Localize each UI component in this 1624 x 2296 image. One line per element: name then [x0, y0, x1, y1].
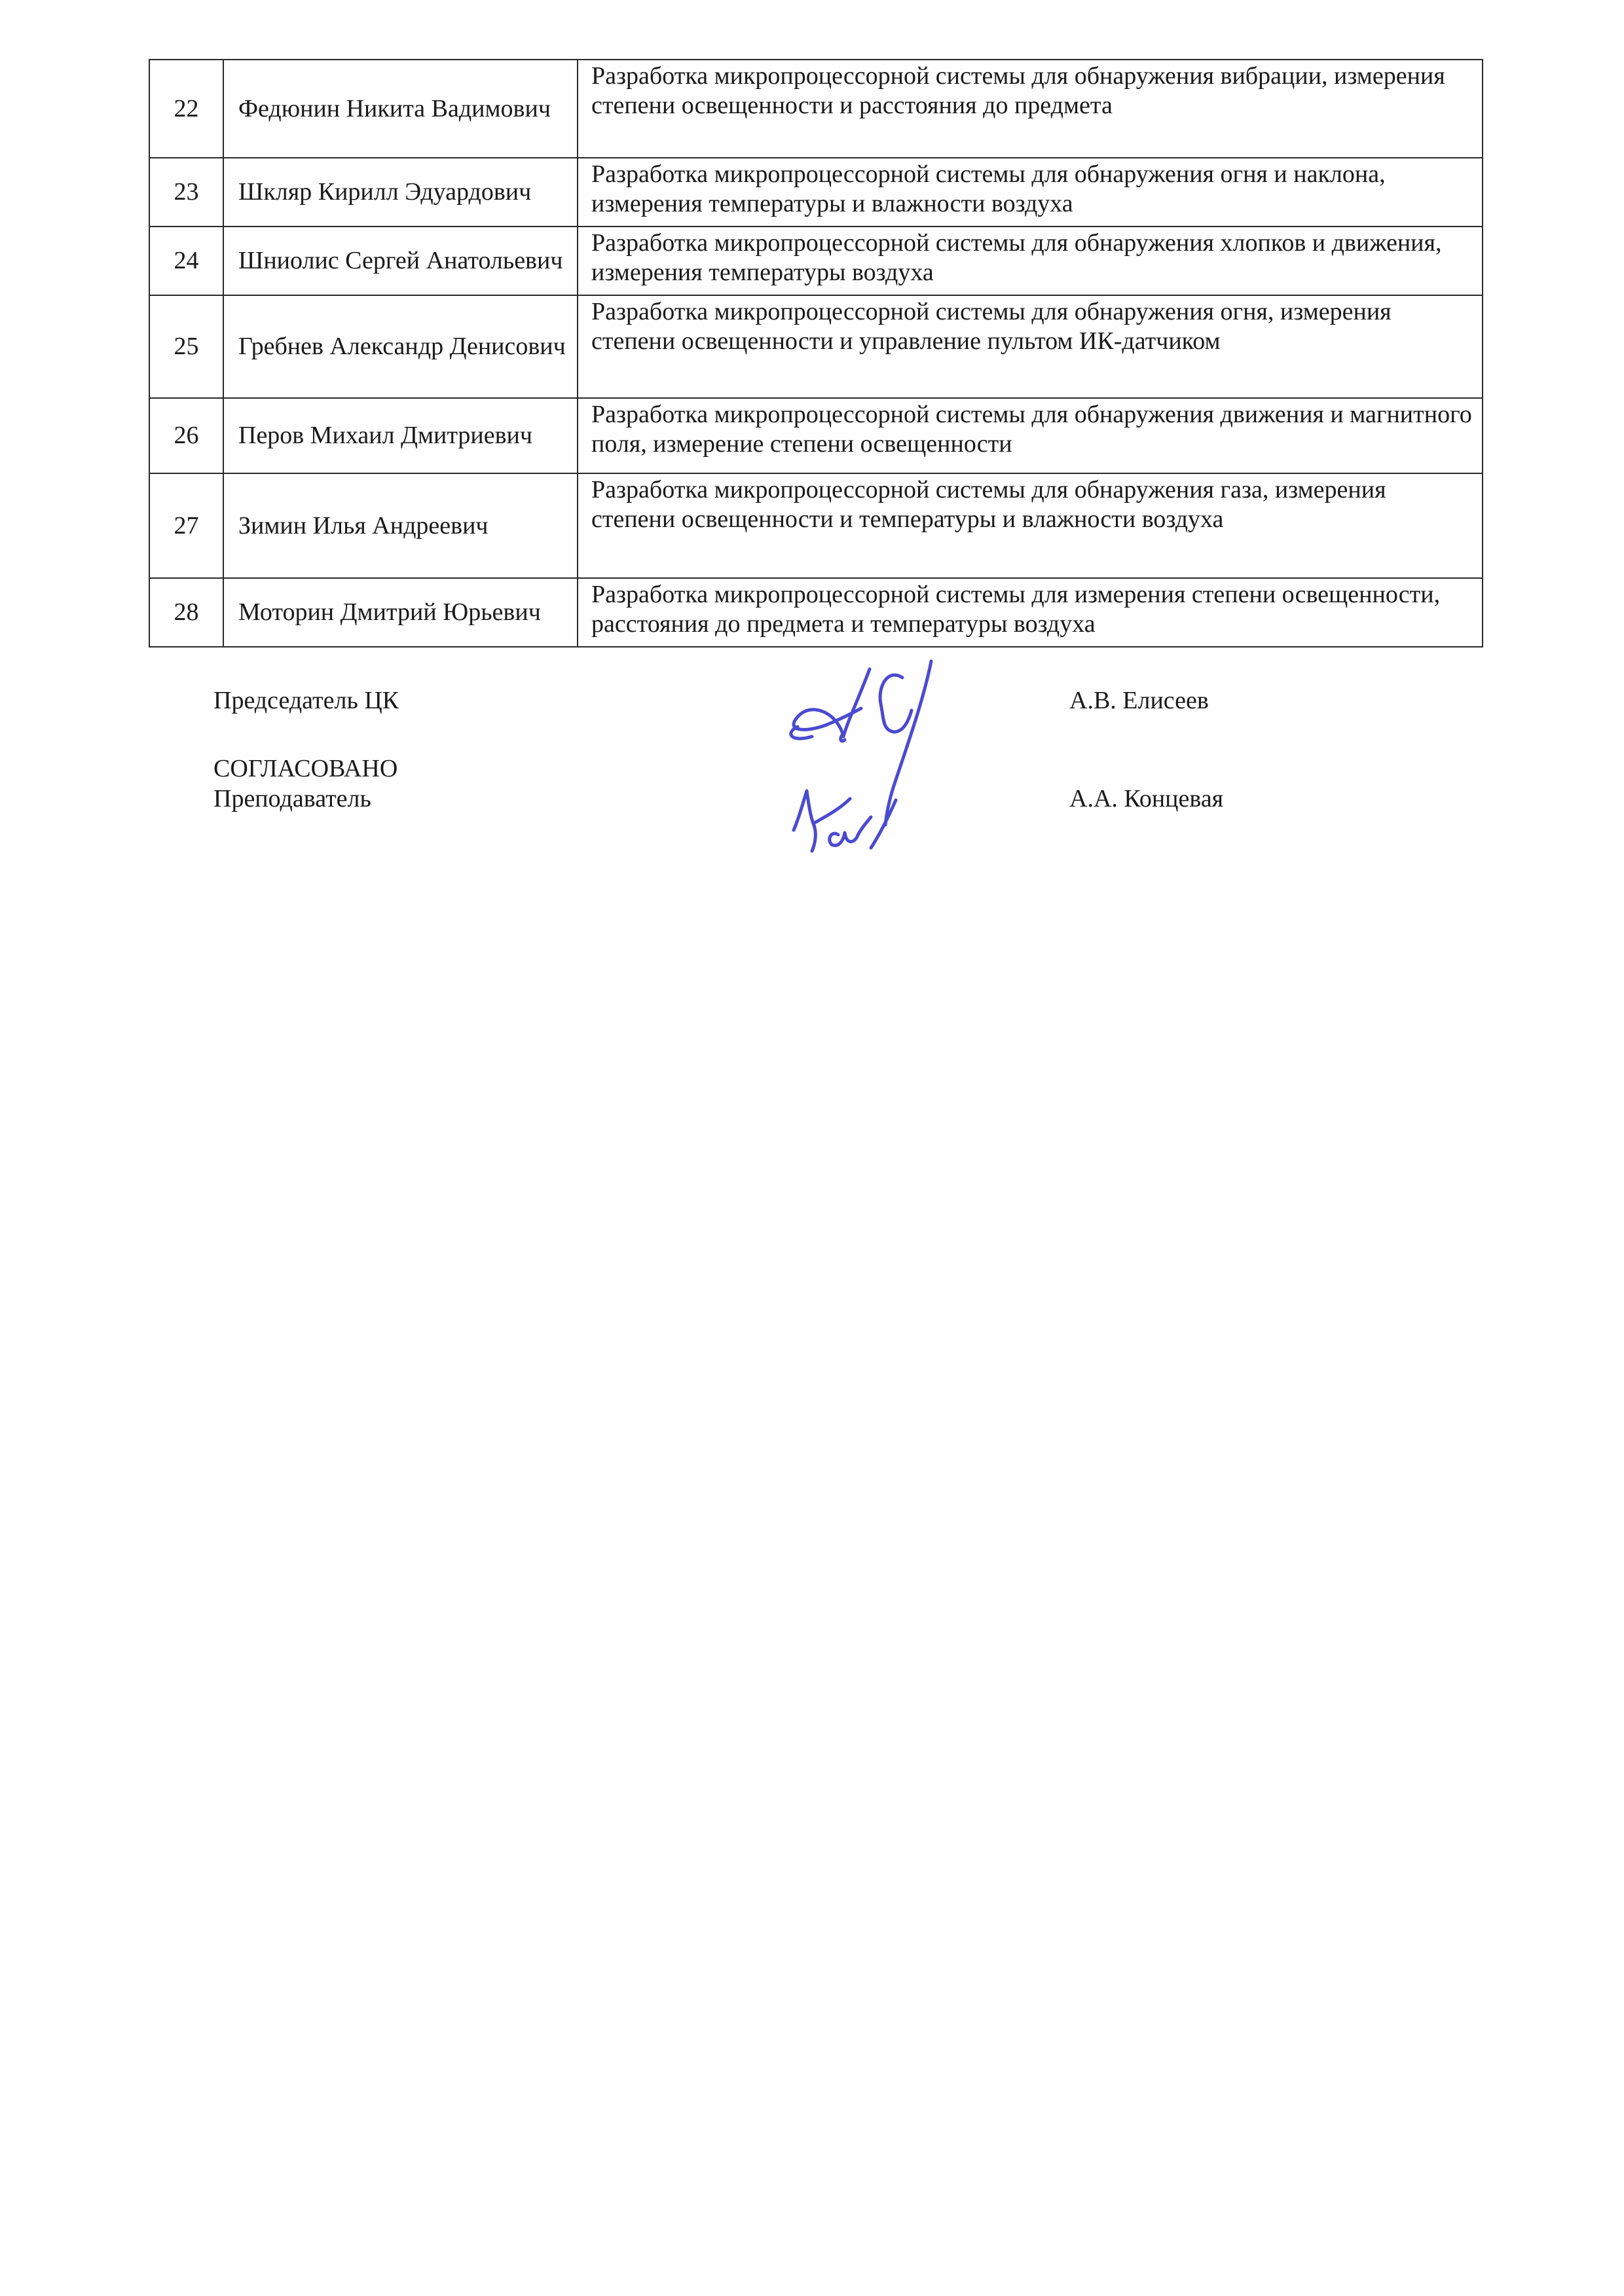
- row-number: 26: [149, 398, 223, 473]
- project-topic: Разработка микропроцессорной системы для…: [578, 473, 1483, 578]
- project-topic-text: Разработка микропроцессорной системы для…: [591, 474, 1475, 534]
- project-topic-text: Разработка микропроцессорной системы для…: [591, 296, 1475, 356]
- document-page: 22 Федюнин Никита Вадимович Разработка м…: [0, 0, 1624, 2296]
- table-row: 28 Моторин Дмитрий Юрьевич Разработка ми…: [149, 578, 1483, 647]
- chair-signature: [791, 669, 870, 741]
- project-topic: Разработка микропроцессорной системы для…: [578, 578, 1483, 647]
- teacher-label: Преподаватель: [213, 784, 371, 814]
- row-number: 23: [149, 158, 223, 227]
- student-name: Шкляр Кирилл Эдуардович: [223, 158, 578, 227]
- chair-signature-stroke: [885, 661, 931, 825]
- student-name: Гребнев Александр Денисович: [223, 295, 578, 398]
- table-row: 25 Гребнев Александр Денисович Разработк…: [149, 295, 1483, 398]
- chair-name: А.В. Елисеев: [1069, 686, 1209, 716]
- row-number: 24: [149, 227, 223, 295]
- teacher-signature: [794, 791, 896, 851]
- approved-label: СОГЛАСОВАНО: [213, 754, 397, 784]
- project-topic-text: Разработка микропроцессорной системы для…: [591, 60, 1475, 120]
- row-number: 28: [149, 578, 223, 647]
- student-name: Перов Михаил Дмитриевич: [223, 398, 578, 473]
- project-topic-text: Разработка микропроцессорной системы для…: [591, 227, 1475, 287]
- student-name: Зимин Илья Андреевич: [223, 473, 578, 578]
- table-row: 27 Зимин Илья Андреевич Разработка микро…: [149, 473, 1483, 578]
- teacher-name: А.А. Концевая: [1069, 784, 1223, 814]
- project-topic: Разработка микропроцессорной системы для…: [578, 158, 1483, 227]
- project-topic-text: Разработка микропроцессорной системы для…: [591, 158, 1475, 219]
- table-row: 24 Шниолис Сергей Анатольевич Разработка…: [149, 227, 1483, 295]
- student-name: Шниолис Сергей Анатольевич: [223, 227, 578, 295]
- chair-label: Председатель ЦК: [213, 686, 399, 716]
- row-number: 25: [149, 295, 223, 398]
- row-number: 27: [149, 473, 223, 578]
- project-topic: Разработка микропроцессорной системы для…: [578, 295, 1483, 398]
- project-topic-text: Разработка микропроцессорной системы для…: [591, 399, 1475, 459]
- row-number: 22: [149, 60, 223, 158]
- student-name: Моторин Дмитрий Юрьевич: [223, 578, 578, 647]
- chair-signature-loop: [880, 675, 912, 732]
- project-topic: Разработка микропроцессорной системы для…: [578, 60, 1483, 158]
- student-topics-table: 22 Федюнин Никита Вадимович Разработка м…: [149, 59, 1483, 647]
- table-row: 22 Федюнин Никита Вадимович Разработка м…: [149, 60, 1483, 158]
- table-row: 26 Перов Михаил Дмитриевич Разработка ми…: [149, 398, 1483, 473]
- project-topic: Разработка микропроцессорной системы для…: [578, 398, 1483, 473]
- student-name: Федюнин Никита Вадимович: [223, 60, 578, 158]
- project-topic-text: Разработка микропроцессорной системы для…: [591, 579, 1475, 639]
- handwritten-signatures: [740, 648, 936, 858]
- project-topic: Разработка микропроцессорной системы для…: [578, 227, 1483, 295]
- table-row: 23 Шкляр Кирилл Эдуардович Разработка ми…: [149, 158, 1483, 227]
